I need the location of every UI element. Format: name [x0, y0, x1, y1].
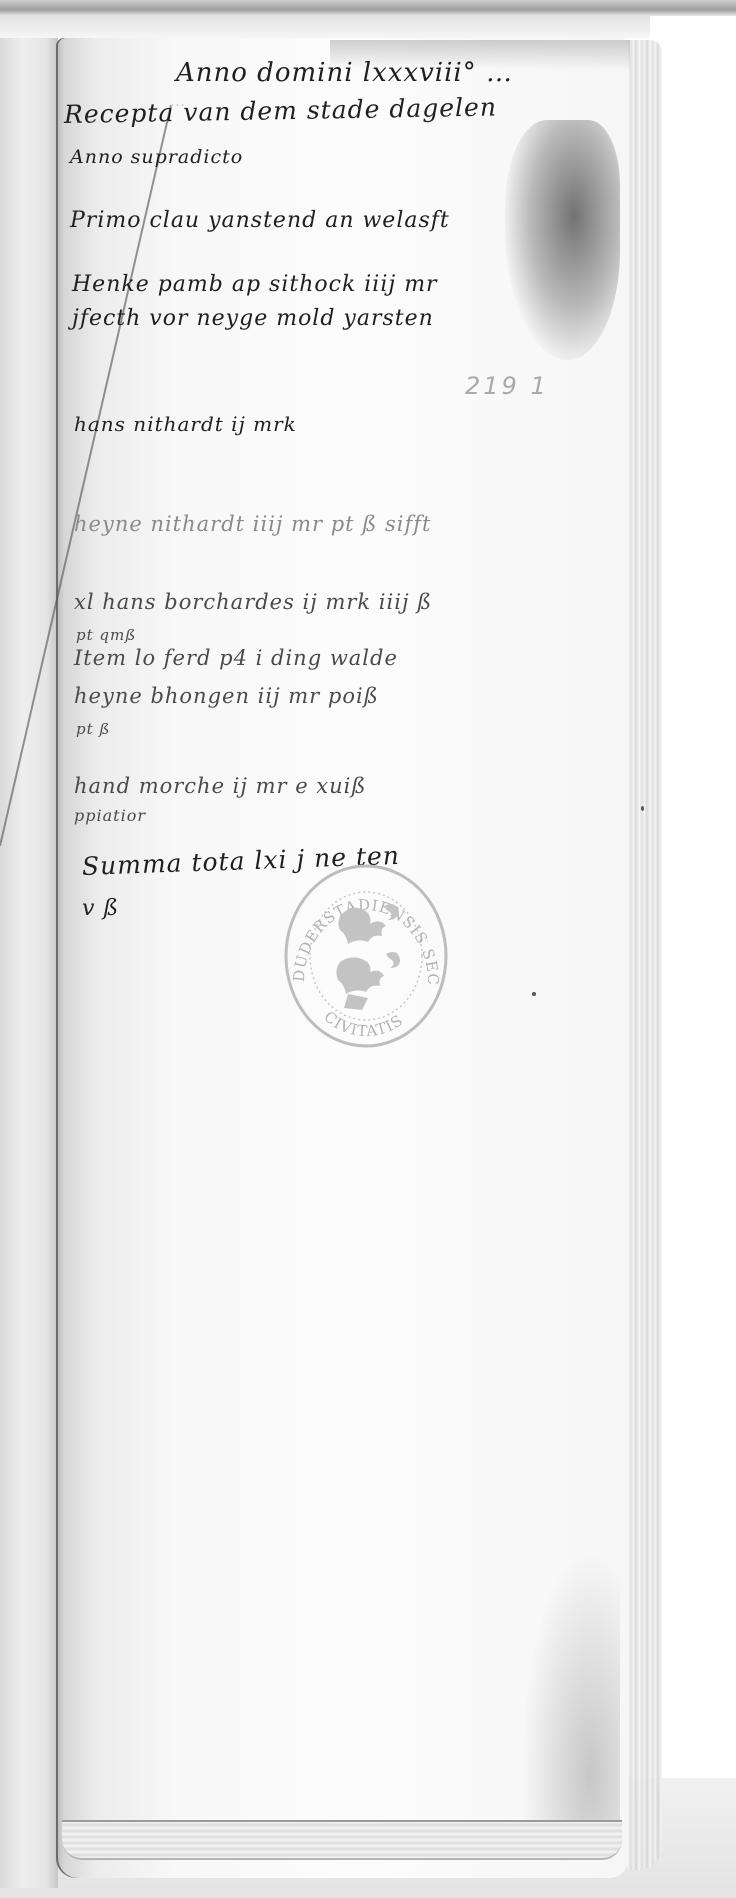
summa-line-b: v ß — [82, 896, 119, 921]
archive-seal: DUDERSTADIENSIS SECRETUM CIVITATIS — [282, 862, 450, 1050]
entry-line-8: hand morche ij mr e xuiß — [74, 774, 366, 798]
page-bottom-edges — [62, 1820, 622, 1860]
scanner-shadow — [0, 16, 736, 38]
entry-line-7: heyne bhongen iij mr poiß — [74, 684, 379, 708]
facing-page-edge — [0, 38, 58, 1888]
entry-line-4: heyne nithardt iiij mr pt ß sifft — [74, 512, 431, 536]
entry-line-8b: ppiatior — [74, 806, 146, 825]
entry-line-1: Primo clau yanstend an welasft — [70, 208, 450, 233]
seal-icon: DUDERSTADIENSIS SECRETUM CIVITATIS — [282, 862, 450, 1050]
bottom-corner-stain — [520, 1550, 620, 1830]
anno-line: Anno supradicto — [70, 146, 243, 168]
entry-line-5: xl hans borchardes ij mrk iiij ß — [74, 590, 432, 614]
entry-line-2a: Henke pamb ap sithock iiij mr — [72, 272, 438, 297]
entry-line-6: Item lo ferd p4 i ding walde — [74, 646, 398, 670]
folio-number: 219 1 — [465, 372, 549, 400]
heading-line: Anno domini lxxxviii° … — [176, 58, 513, 88]
ink-speck — [532, 992, 536, 996]
scanner-top-bar — [0, 0, 736, 16]
entry-line-7b: pt ß — [76, 720, 110, 738]
entry-line-3: hans nithardt ij mrk — [74, 412, 297, 436]
entry-line-2b: jfecth vor neyge mold yarsten — [72, 306, 434, 331]
ink-speck — [641, 806, 644, 811]
entry-line-5b: pt qmß — [76, 626, 136, 644]
scanner-background — [650, 16, 736, 1778]
